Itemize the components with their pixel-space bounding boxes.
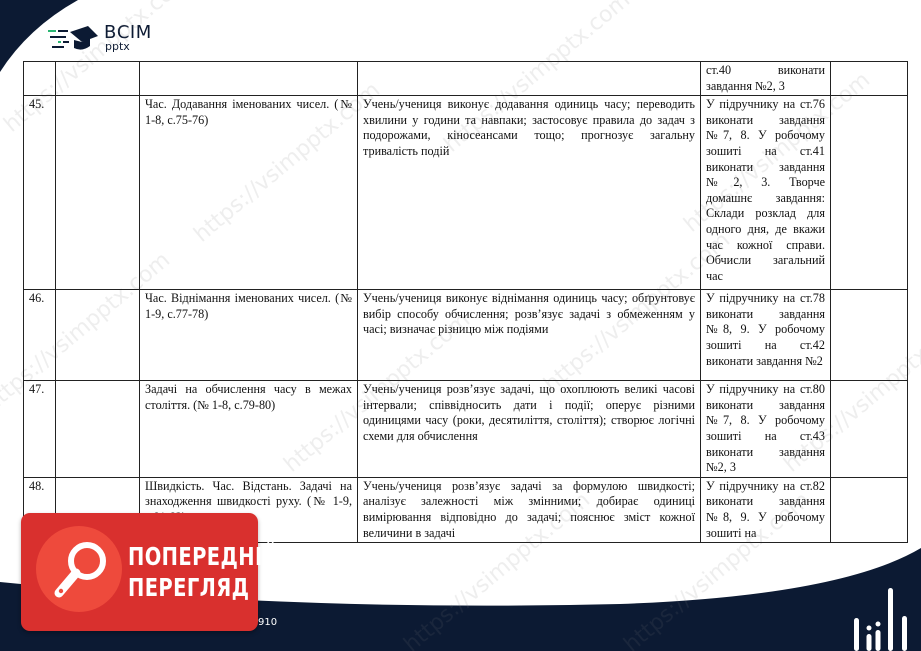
table-row: 47. Задачі на обчислення часу в межах ст…	[24, 381, 908, 478]
badge-line2: ПЕРЕГЛЯД	[128, 572, 279, 603]
cell-col2	[56, 381, 140, 478]
cell-homework: У підручнику на ст.76 виконати завдання …	[701, 96, 831, 290]
cell-col2	[56, 96, 140, 290]
magnifier-icon	[51, 539, 111, 603]
badge-line1: ПОПЕРЕДНІЙ	[128, 541, 279, 572]
cell-notes	[831, 381, 908, 478]
cell-number: 47.	[24, 381, 56, 478]
cell-outcomes	[358, 62, 701, 96]
page-number: 910	[258, 617, 277, 628]
preview-badge[interactable]: ПОПЕРЕДНІЙ ПЕРЕГЛЯД	[21, 513, 258, 631]
cell-homework: У підручнику на ст.82 виконати завдання …	[701, 477, 831, 542]
cell-number	[24, 62, 56, 96]
cell-number: 46.	[24, 290, 56, 381]
graduation-cap-icon	[48, 24, 98, 54]
cell-outcomes: Учень/учениця розв’язує задачі, що охопл…	[358, 381, 701, 478]
brand-title: ВСІМ	[104, 25, 152, 41]
cell-outcomes: Учень/учениця розв’язує задачі за формул…	[358, 477, 701, 542]
cell-topic: Час. Додавання іменованих чисел. (№ 1-8,…	[140, 96, 358, 290]
lesson-plan-table: ст.40 виконати завдання №2, 3 45. Час. Д…	[23, 61, 908, 543]
cell-topic: Час. Віднімання іменованих чисел. (№ 1-9…	[140, 290, 358, 381]
cell-homework: У підручнику на ст.78 виконати завдання …	[701, 290, 831, 381]
brand-logo: ВСІМ pptx	[48, 24, 152, 54]
cell-notes	[831, 62, 908, 96]
cell-notes	[831, 477, 908, 542]
cell-outcomes: Учень/учениця виконує додавання одиниць …	[358, 96, 701, 290]
cell-topic	[140, 62, 358, 96]
cell-homework: У підручнику на ст.80 виконати завдання …	[701, 381, 831, 478]
cell-notes	[831, 290, 908, 381]
cell-homework: ст.40 виконати завдання №2, 3	[701, 62, 831, 96]
cell-number: 45.	[24, 96, 56, 290]
cell-topic: Задачі на обчислення часу в межах століт…	[140, 381, 358, 478]
cell-notes	[831, 96, 908, 290]
table-row: 45. Час. Додавання іменованих чисел. (№ …	[24, 96, 908, 290]
cell-col2	[56, 290, 140, 381]
badge-text: ПОПЕРЕДНІЙ ПЕРЕГЛЯД	[128, 541, 279, 603]
table-row-partial: ст.40 виконати завдання №2, 3	[24, 62, 908, 96]
cell-col2	[56, 62, 140, 96]
table-row: 46. Час. Віднімання іменованих чисел. (№…	[24, 290, 908, 381]
bars-logo-icon	[850, 588, 920, 651]
cell-outcomes: Учень/учениця виконує віднімання одиниць…	[358, 290, 701, 381]
